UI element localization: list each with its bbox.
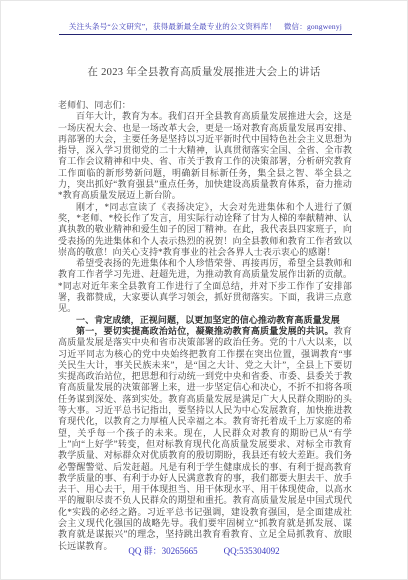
paragraph: 希望受表扬的先进集体和个人珍惜荣誉、再接再厉，希望全县教师和教育工作者学习先进、… bbox=[58, 258, 352, 314]
paragraph: 刚才，*同志宣读了《表扬决定》，大会对先进集体和个人进行了颁奖，*老师、*校长作… bbox=[58, 202, 352, 258]
document-title: 在 2023 年全县教育高质量发展推进大会上的讲话 bbox=[1, 65, 407, 81]
qq-contact: QQ:535304092 bbox=[224, 546, 280, 556]
document-page: 关注头条号“公文研究”，获得最新最全最专业的公文资料库！ 微信：gongweny… bbox=[0, 0, 408, 580]
paragraph: 百年大计，教育为本。我们召开全县教育高质量发展推进大会，这是一场庆祝大会、也是一… bbox=[58, 111, 352, 201]
section-heading: 一、肯定成绩，正视问题，以更加坚定的信心推动教育高质量发展 bbox=[58, 315, 352, 326]
page-footer-banner: QQ 群：30265665QQ:535304092 bbox=[1, 544, 407, 557]
paragraph-bold-lead: 第一，要切实提高政治站位，凝聚推动教育高质量发展的共识。 bbox=[76, 326, 334, 336]
paragraph: 第一，要切实提高政治站位，凝聚推动教育高质量发展的共识。教育高质量发展是落实中央… bbox=[58, 326, 352, 552]
qq-group-contact: QQ 群：30265665 bbox=[128, 546, 197, 556]
page-header-banner: 关注头条号“公文研究”，获得最新最全最专业的公文资料库！ 微信：gongweny… bbox=[59, 21, 352, 35]
paragraph: 老师们、同志们： bbox=[58, 100, 352, 111]
document-body: 老师们、同志们：百年大计，教育为本。我们召开全县教育高质量发展推进大会，这是一场… bbox=[58, 100, 352, 552]
